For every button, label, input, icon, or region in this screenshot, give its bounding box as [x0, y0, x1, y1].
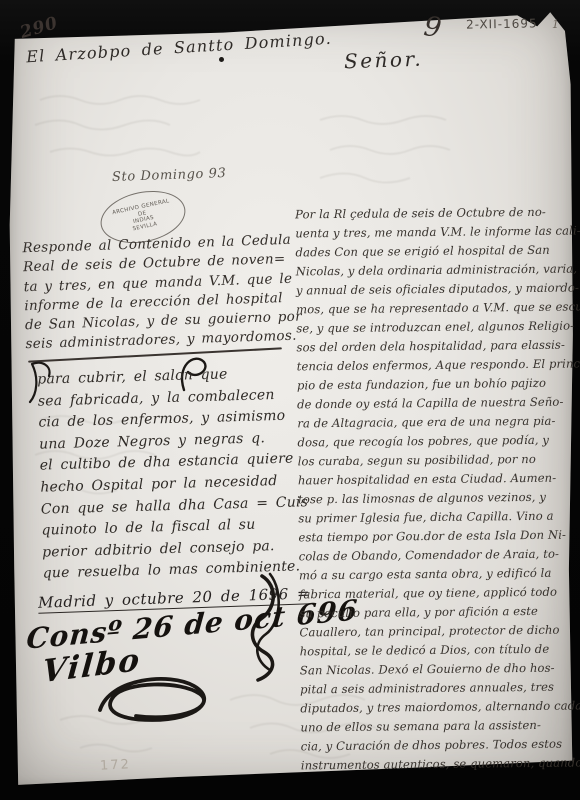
salutation: Señor.	[344, 47, 424, 74]
bottom-folio-annotation: 172	[100, 757, 132, 774]
archivist-date-annotation: 2-XII-1695	[466, 16, 538, 31]
signature-rubric-flourish	[78, 668, 230, 726]
page-number-annotation: 1	[552, 18, 559, 31]
council-note: para cubrir, el salon quesea fabricada, …	[37, 362, 301, 585]
manuscript-scan: 290 El Arzobpo de Santto Domingo. 9 2-XI…	[0, 0, 580, 800]
ink-dot	[219, 57, 224, 62]
margin-summary: Responde al Contenido en la CedulaReal d…	[22, 231, 294, 355]
letter-body: Por la Rl çedula de seis de Octubre de n…	[295, 203, 571, 776]
manuscript-line: instrumentos autenticos, se quemaron, qu…	[301, 754, 571, 776]
